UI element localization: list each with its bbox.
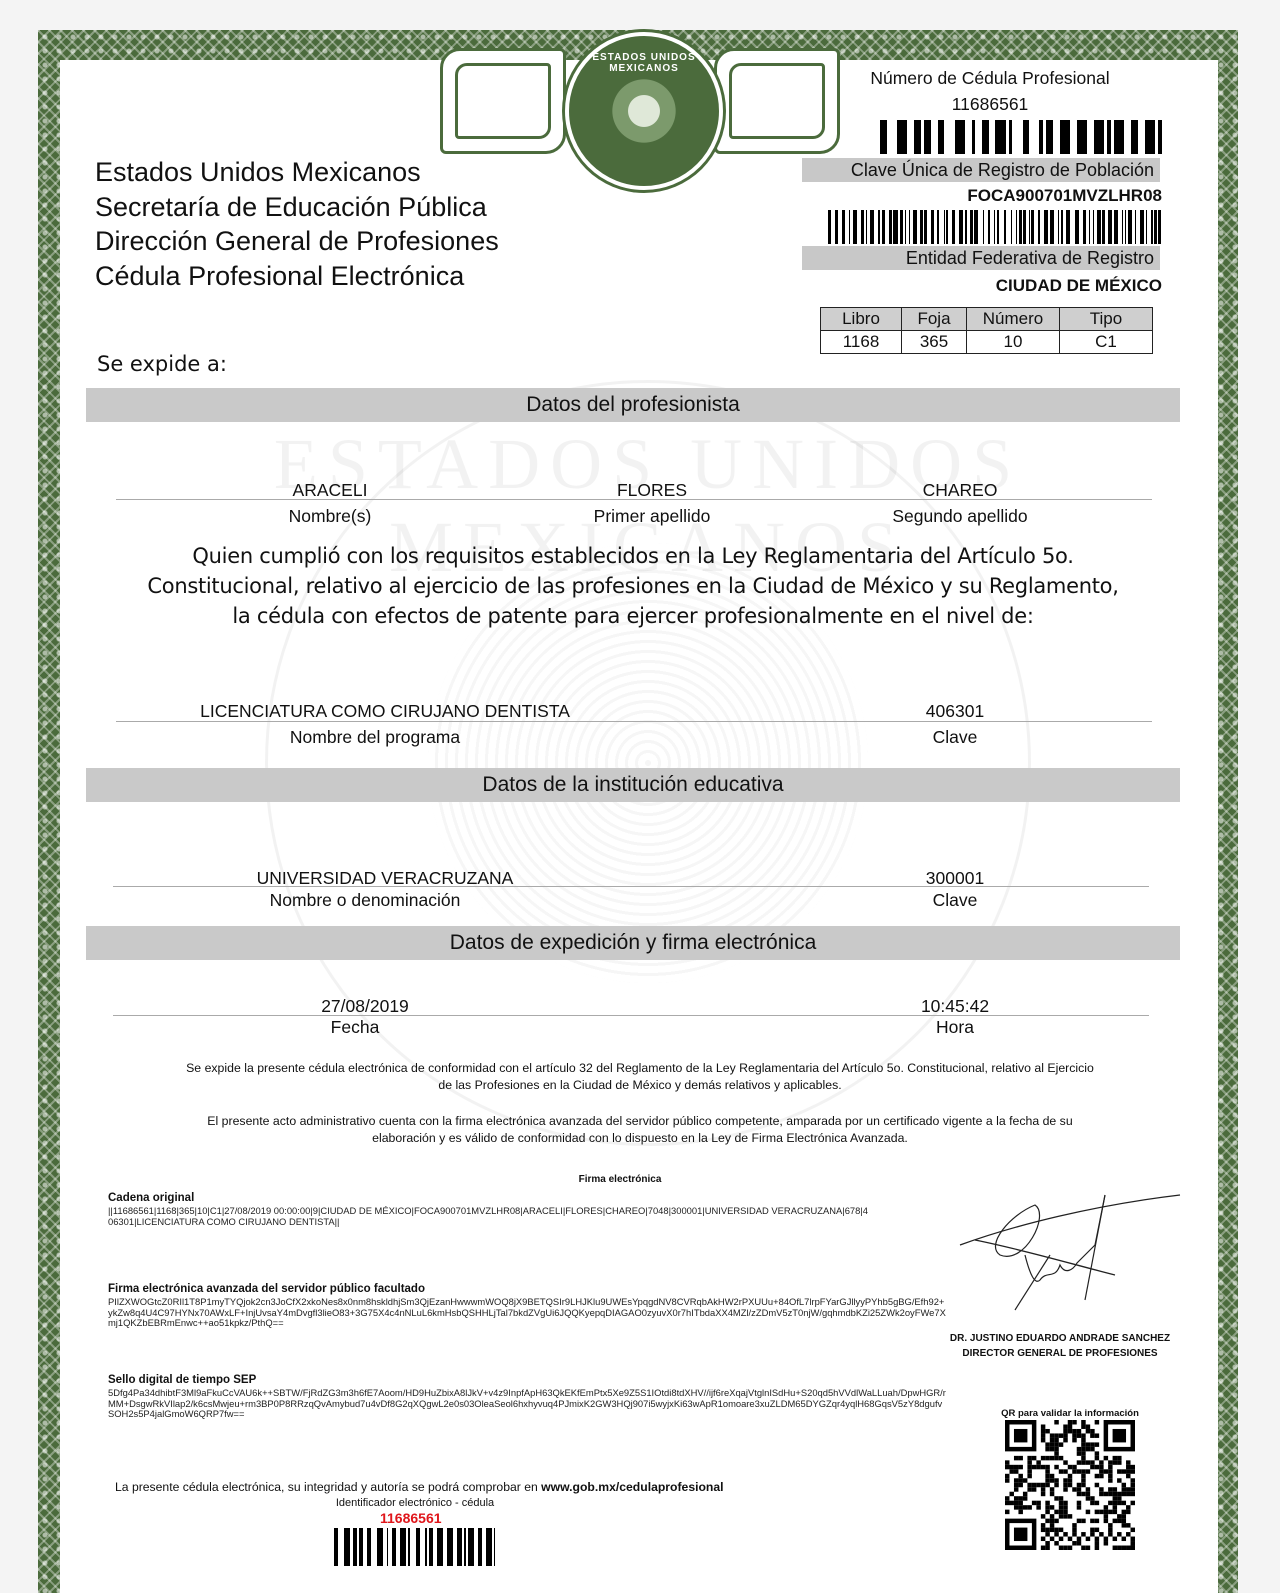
programa-nombre-label: Nombre del programa xyxy=(250,727,500,748)
col-tipo: Tipo xyxy=(1060,308,1153,331)
legal-paragraph-2: El presente acto administrativo cuenta c… xyxy=(100,1113,1180,1147)
ident-label: Identificador electrónico - cédula xyxy=(330,1497,500,1509)
programa-nombre: LICENCIATURA COMO CIRUJANO DENTISTA xyxy=(150,701,620,722)
qr-label: QR para validar la información xyxy=(990,1408,1150,1419)
nombre-value: ARACELI xyxy=(230,480,430,501)
hora-value: 10:45:42 xyxy=(880,996,1030,1017)
tipo-value: C1 xyxy=(1060,331,1153,354)
se-expide-label: Se expide a: xyxy=(97,352,227,376)
signer-name: DR. JUSTINO EDUARDO ANDRADE SANCHEZ xyxy=(930,1331,1190,1346)
national-seal-icon: ESTADOS UNIDOS MEXICANOS xyxy=(565,32,723,190)
cedula-number: 11686561 xyxy=(820,94,1160,115)
legal-paragraph-1: Se expide la presente cédula electrónica… xyxy=(100,1060,1180,1094)
ornament-left-icon xyxy=(440,48,566,154)
programa-clave-label: Clave xyxy=(880,727,1030,748)
fecha-label: Fecha xyxy=(280,1017,430,1038)
primer-apellido-label: Primer apellido xyxy=(552,506,752,527)
col-numero: Número xyxy=(967,308,1060,331)
section-institucion: Datos de la institución educativa xyxy=(86,768,1180,802)
firma-title: Firma electrónica xyxy=(520,1174,720,1185)
national-emblem: ESTADOS UNIDOS MEXICANOS xyxy=(420,30,860,160)
sello-value: 5Dfg4Pa34dhibtF3Ml9aFkuCcVAU6k++SBTW/FjR… xyxy=(108,1388,948,1420)
libro-value: 1168 xyxy=(821,331,902,354)
institucion-clave-label: Clave xyxy=(880,890,1030,911)
entidad-value: CIUDAD DE MÉXICO xyxy=(996,276,1162,296)
sello-label: Sello digital de tiempo SEP xyxy=(108,1374,256,1386)
fecha-value: 27/08/2019 xyxy=(280,996,450,1017)
firma-avanzada-label: Firma electrónica avanzada del servidor … xyxy=(108,1283,425,1295)
segundo-apellido-value: CHAREO xyxy=(860,480,1060,501)
numero-value: 10 xyxy=(967,331,1060,354)
curp-label: Clave Única de Registro de Población xyxy=(802,158,1160,182)
foja-value: 365 xyxy=(902,331,967,354)
verify-link[interactable]: www.gob.mx/cedulaprofesional xyxy=(541,1480,723,1494)
hora-label: Hora xyxy=(880,1017,1030,1038)
signer-title: DIRECTOR GENERAL DE PROFESIONES xyxy=(930,1346,1190,1361)
nombre-label: Nombre(s) xyxy=(230,506,430,527)
signer-block: DR. JUSTINO EDUARDO ANDRADE SANCHEZ DIRE… xyxy=(930,1331,1190,1361)
curp-value: FOCA900701MVZLHR08 xyxy=(967,186,1162,206)
eagle-icon xyxy=(607,74,681,148)
firma-avanzada-value: PIlZXWOGtcZ0RIl1T8P1myTYQjok2cn3JoCfX2xk… xyxy=(108,1297,948,1329)
curp-barcode xyxy=(828,210,1162,244)
registry-table: Libro Foja Número Tipo 1168 365 10 C1 xyxy=(820,307,1153,354)
col-libro: Libro xyxy=(821,308,902,331)
institution-line: Estados Unidos Mexicanos xyxy=(95,155,499,190)
segundo-apellido-label: Segundo apellido xyxy=(860,506,1060,527)
cadena-value: ||11686561|1168|365|10|C1|27/08/2019 00:… xyxy=(108,1206,868,1227)
institucion-nombre-label: Nombre o denominación xyxy=(200,890,530,911)
institution-line: Dirección General de Profesiones xyxy=(95,224,499,259)
issuing-institution: Estados Unidos Mexicanos Secretaría de E… xyxy=(95,155,499,293)
verify-text: La presente cédula electrónica, su integ… xyxy=(115,1480,724,1494)
institution-line: Cédula Profesional Electrónica xyxy=(95,259,499,294)
cedula-label: Número de Cédula Profesional xyxy=(820,68,1160,89)
entidad-label: Entidad Federativa de Registro xyxy=(802,246,1160,270)
section-profesionista: Datos del profesionista xyxy=(86,388,1180,422)
ident-barcode xyxy=(334,1528,496,1566)
col-foja: Foja xyxy=(902,308,967,331)
programa-clave: 406301 xyxy=(880,701,1030,722)
section-expedicion: Datos de expedición y firma electrónica xyxy=(86,926,1180,960)
institution-line: Secretaría de Educación Pública xyxy=(95,190,499,225)
cadena-label: Cadena original xyxy=(108,1192,194,1204)
legal-statement: Quien cumplió con los requisitos estable… xyxy=(86,541,1180,631)
cedula-barcode xyxy=(880,120,1162,154)
validation-qr-code[interactable] xyxy=(1005,1420,1135,1550)
primer-apellido-value: FLORES xyxy=(552,480,752,501)
ident-number: 11686561 xyxy=(380,1510,442,1526)
handwritten-signature-icon xyxy=(955,1185,1185,1315)
